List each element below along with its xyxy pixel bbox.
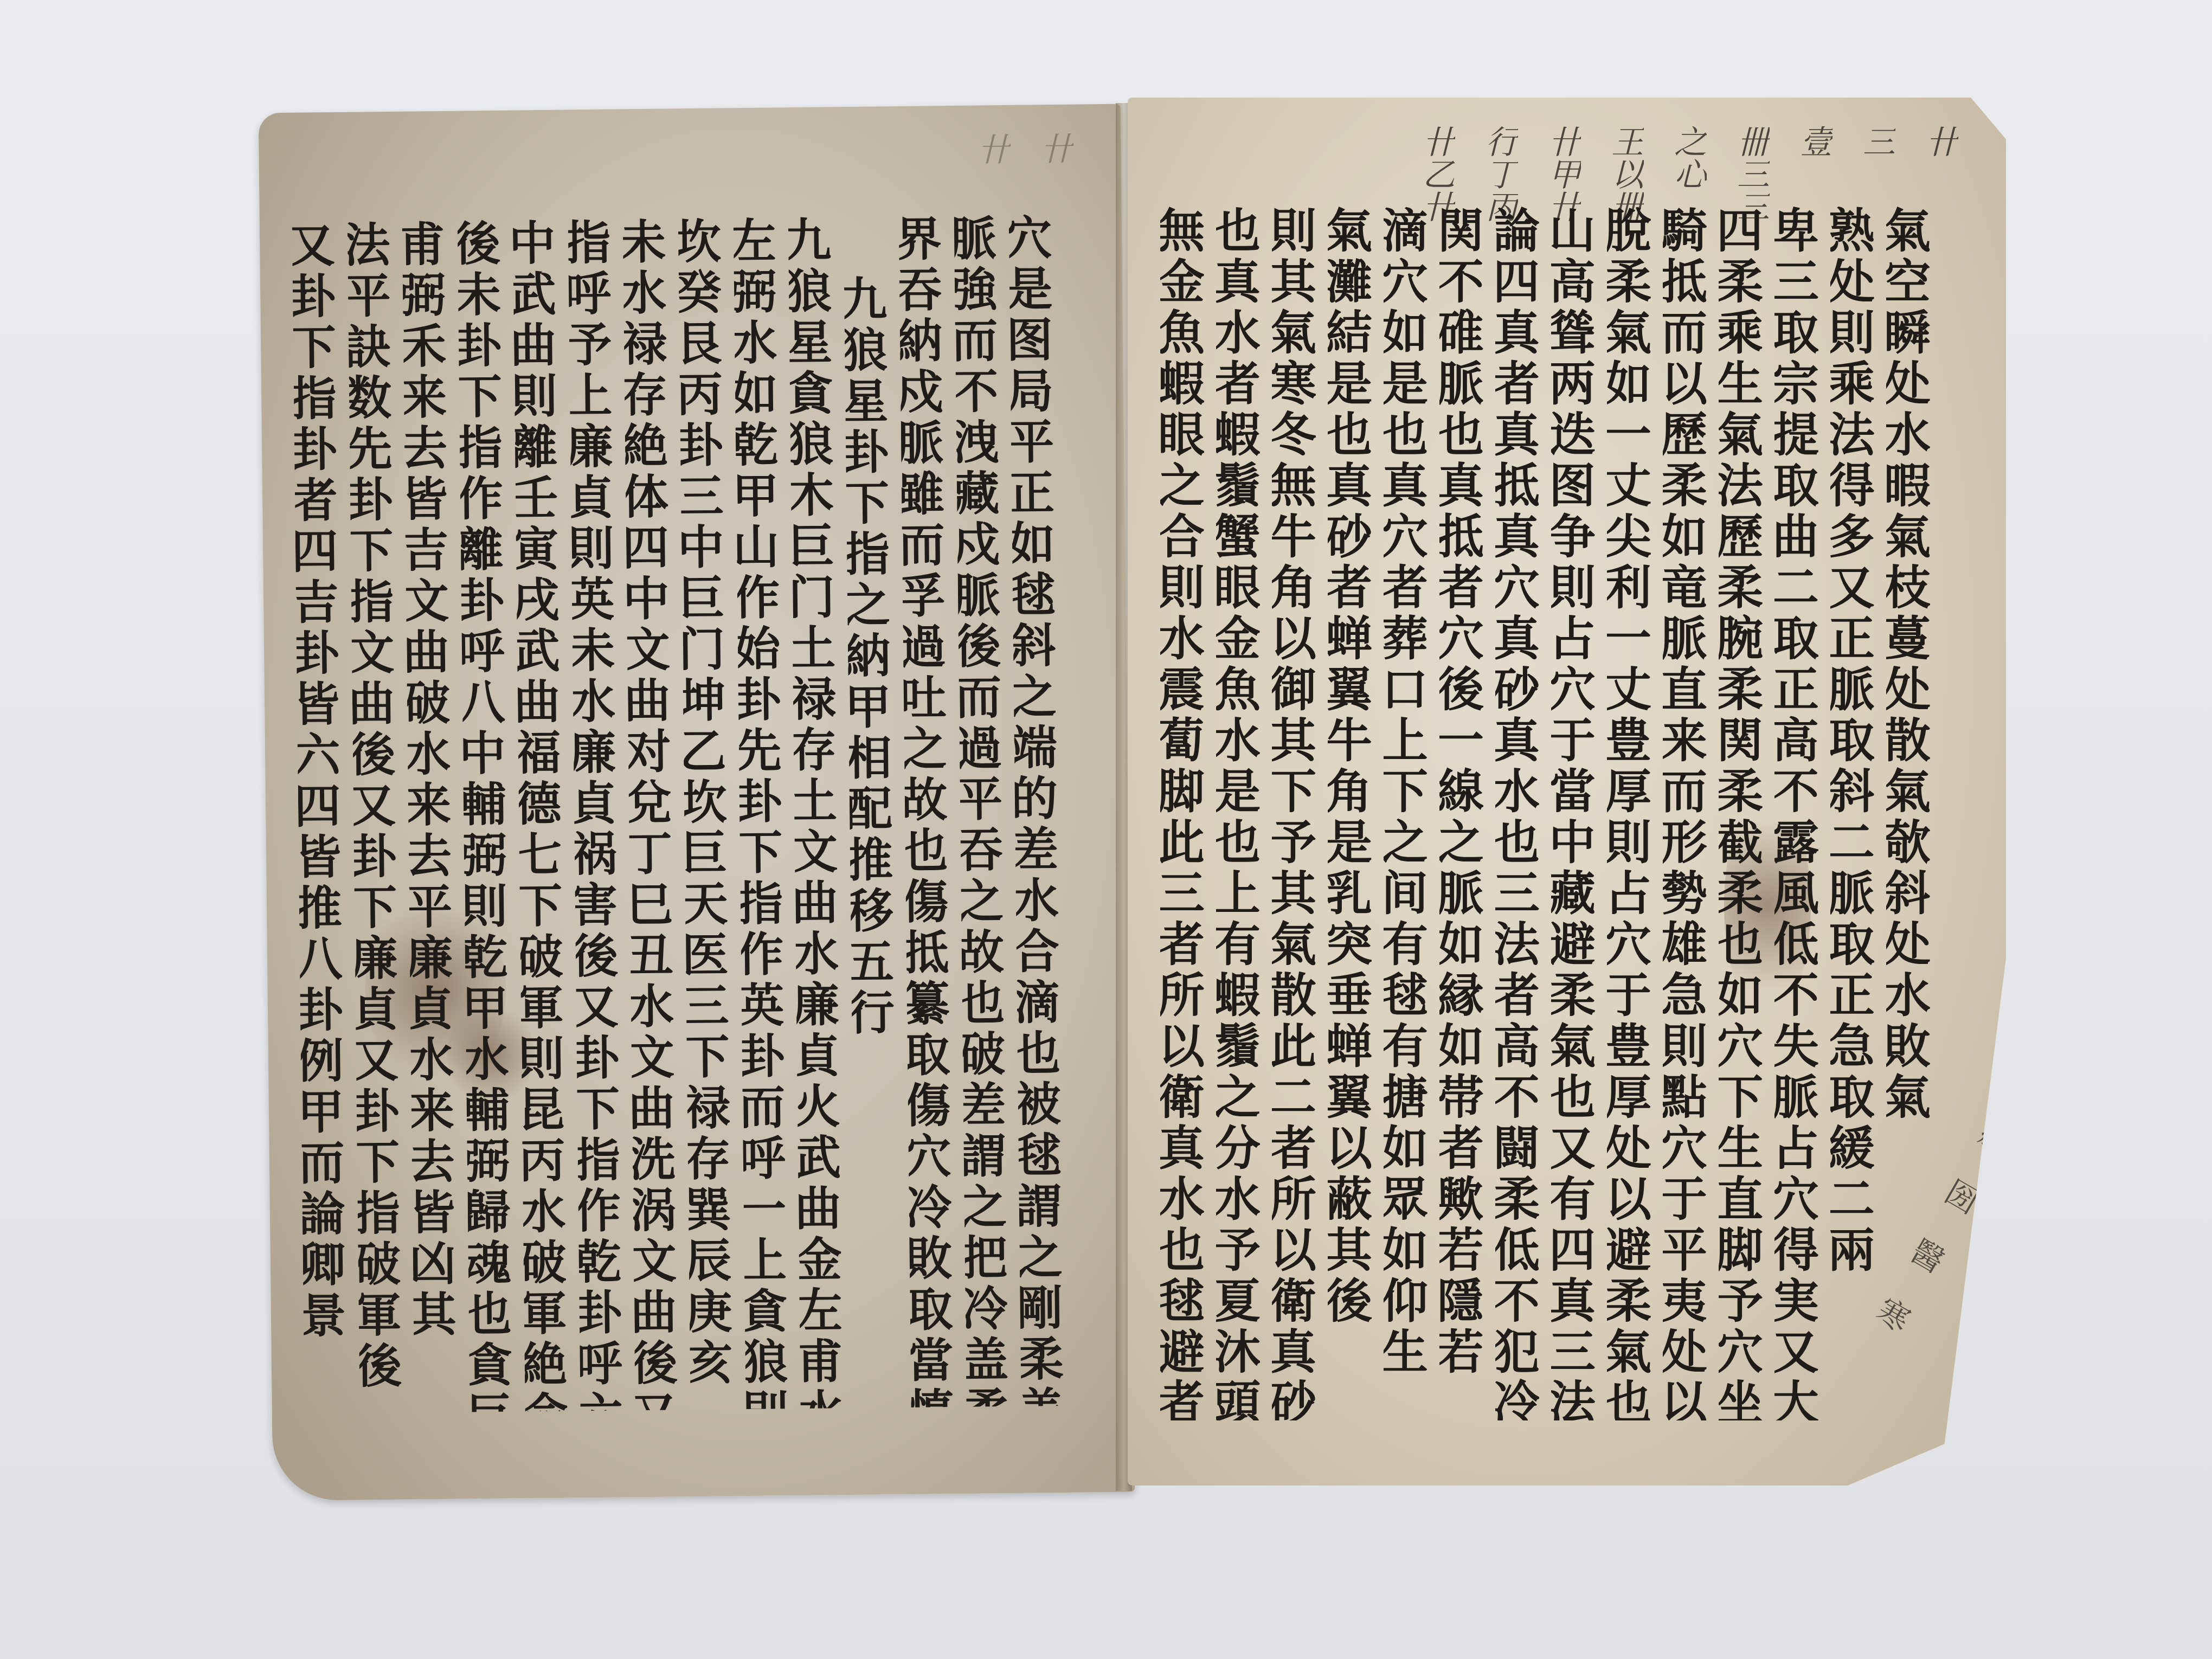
text-column: 後未卦下指作離卦呼八中輔弼則乾甲水輔弼歸魂也貪巨武: [458, 219, 512, 1412]
text-column: 界吞納戍脈雖而孚過吐之故也傷抵纂取傷穴冷敗取當慎之: [899, 214, 954, 1407]
text-column: 卑三取宗提取曲二取正高不露風低不失脈占穴得実又大: [1774, 206, 1818, 1420]
text-column: 九狼星貪狼木巨门土禄存土文曲水廉貞火武曲金左甫水: [788, 215, 843, 1409]
text-column: 坎癸艮丙卦三中巨门坤乙坎巨天医三下禄存巽辰庚亥: [678, 216, 733, 1410]
text-column: 四柔乘生氣法歷柔腕柔関柔截柔也如穴下生直脚予穴坐: [1719, 206, 1763, 1420]
text-column: 氣灘結是也真砂者蝉翼牛角是乳突垂蝉翼以蔽其後: [1328, 206, 1372, 1420]
text-column: 滴穴如是也真穴者葬口上下之间有毬有搪如眾如仰生: [1384, 206, 1427, 1420]
text-column: 騎抵而以歷柔如竜脈直来而形勢雄急則點穴于平夷处以: [1663, 206, 1707, 1420]
right-manuscript-page: 卄 三 壹 卌三三 之心 王以卌 卄甲卄 行丁丙 卄乙卄 氣空瞬处水暇氣枝蔓处散…: [1128, 98, 2006, 1486]
text-column: 中武曲則離壬寅戌武曲福德七下破軍則昆丙水破軍絶命: [513, 218, 568, 1412]
corner-note: 圀: [1936, 1172, 1984, 1217]
corner-note: 醫: [1902, 1231, 1950, 1277]
text-column: 又卦下指卦者四吉卦皆六四皆推八卦例甲而論卿景: [292, 221, 347, 1414]
right-text-columns: 氣空瞬处水暇氣枝蔓处散氣欹斜处水敗氣 熟处則乘法得多又正脈取斜二脈取正急取緩二兩…: [1128, 98, 2006, 1486]
text-column: 左弼水如乾甲山作始卦先卦下指作英卦而呼一上貪狼則坤乙: [733, 216, 788, 1409]
text-column: 甫弼禾来去皆吉文曲破水来去平廉貞水来去皆凶其: [402, 220, 457, 1413]
text-column: 無金魚蝦眼之合則水震蔔脚此三者所以衛真水也毬避者: [1160, 206, 1204, 1420]
text-column: 九狼星卦下指之納甲相配推移五行: [844, 215, 899, 1468]
left-text-columns: 穴是图局平正如毬斜之端的差水合滴也被毬謂之剛柔盖 脈強而不洩藏戍脈後而過平吞之故…: [259, 104, 1135, 1501]
text-column: 脈強而不洩藏戍脈後而過平吞之故也破差謂之把冷盖柔而: [954, 214, 1008, 1407]
text-column: 山高聳两迭图争則占穴于當中藏避柔氣也又有四真三法之: [1551, 206, 1595, 1420]
text-column: 未水禄存絶体四中文曲对兌丁巳丑水文曲洗涡文曲後又卦下: [623, 217, 678, 1411]
text-column: 則其氣寒冬無牛角以御其下予其氣散此二者所以衛真砂: [1272, 206, 1316, 1420]
text-column: 熟处則乘法得多又正脈取斜二脈取正急取緩二兩: [1830, 206, 1874, 1420]
text-column: 也真水者蝦鬚蟹眼金魚水是也上有蝦鬚之分水予夏沐頭下: [1216, 206, 1260, 1420]
text-column: 穴是图局平正如毬斜之端的差水合滴也被毬謂之剛柔盖: [1009, 213, 1064, 1406]
left-manuscript-page: 卄 卄 穴是图局平正如毬斜之端的差水合滴也被毬謂之剛柔盖 脈強而不洩藏戍脈後而過…: [259, 104, 1135, 1501]
text-column: 脫柔氣如一丈尖利一丈豊厚則占穴于豊厚处以避柔氣也: [1607, 206, 1651, 1420]
text-column: 関不碓脈也真抵者穴後一線之脈如縁如帯者歟若隱若: [1439, 206, 1483, 1420]
text-column: 法平訣数先卦下指文曲後又卦下廉貞又卦下指破軍後: [347, 220, 402, 1413]
text-column: 指呼予上廉貞則英未水廉貞祸害後又卦下指作乾卦呼六: [568, 218, 622, 1411]
text-column: 論四真者真抵真穴真砂真水也三法者高不闘柔低不犯冷: [1495, 206, 1539, 1420]
